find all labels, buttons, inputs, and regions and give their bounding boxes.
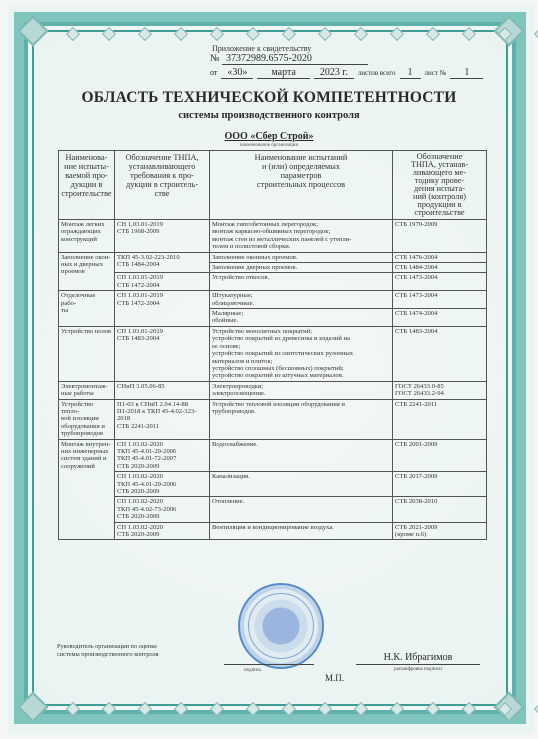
cell-tnpa: П1-03 к СНиП 2.04.14-88 П1-2018 к ТКП 45…: [115, 399, 210, 439]
table-row: СП 1.03.02-2020 ТКП 45-4.02-73-2006 СТБ …: [59, 497, 487, 522]
cell-tnpa: СП 1.03.02-2020 СТБ 2020-2009: [115, 522, 210, 540]
cell-tnpa: СП 1.03.02-2020 ТКП 45-4.01-29-2006 ТКП …: [115, 439, 210, 472]
sheet-no: 1: [450, 67, 483, 79]
signature-line: [224, 664, 314, 665]
issue-date-line: от «30» марта 2023 г. листов всего 1 лис…: [210, 67, 483, 79]
cell-method: СТБ 1483-2004: [393, 326, 487, 381]
date-month: марта: [257, 67, 310, 79]
cell-tests: Монтаж гипсобетонных перегородок; монтаж…: [210, 220, 393, 253]
cell-method: СТБ 2021-2009 (кроме п.6): [393, 522, 487, 540]
cell-product: Устройство тепло- вой изоляции оборудова…: [59, 399, 115, 439]
date-year: 2023 г.: [314, 67, 354, 79]
table-row: Монтаж легких ограждающих конструкций СН…: [59, 220, 487, 253]
table-row: Устройство полов СП 1.03.01-2019 СТБ 148…: [59, 326, 487, 381]
cell-tnpa: СП 1.03.02-2020 ТКП 45-4.01-29-2006 СТБ …: [115, 472, 210, 497]
appendix-label: Приложение к свидетельству: [212, 44, 311, 53]
name-line: [356, 664, 480, 665]
cell-product: Заполнение окон- ных и дверных проемов: [59, 252, 115, 291]
organization-name: ООО «Сбер Строй»: [0, 131, 538, 142]
signature-caption: подпись: [244, 668, 261, 673]
table-row: Монтаж внутрен- них инженерных систем зд…: [59, 439, 487, 472]
cell-tests: Устройство тепловой изоляции оборудовани…: [210, 399, 393, 439]
table-row: Устройство тепло- вой изоляции оборудова…: [59, 399, 487, 439]
cell-method: СТБ 1473-2004: [393, 291, 487, 309]
cell-tnpa: СП 1.03.01-2019 СТБ 1472-2004: [115, 291, 210, 327]
cell-method: СТБ 2241-2011: [393, 399, 487, 439]
header-tnpa: Обозначение ТНПА, устанавливающего требо…: [115, 151, 210, 220]
name-caption: расшифровка подписи: [356, 667, 480, 672]
cell-product: Отделочные рабо- ты: [59, 291, 115, 327]
cell-method: СТБ 2038-2010: [393, 497, 487, 522]
document-content: Приложение к свидетельству № 37372989.65…: [0, 0, 538, 739]
cell-tests: Заполнение дверных проемов.: [210, 263, 393, 273]
table-row: Отделочные рабо- ты СП 1.03.01-2019 СТБ …: [59, 291, 487, 309]
cell-tnpa: СП 1.03.01-2019 СТБ 1483-2004: [115, 326, 210, 381]
signer-role: Руководитель организации по оценке систе…: [57, 643, 159, 659]
organization-caption: наименование организации: [0, 143, 538, 148]
signer-name: Н.К. Ибрагимов: [356, 652, 480, 663]
cell-method: СТБ 2001-2009: [393, 439, 487, 472]
sheet-no-label: лист №: [425, 69, 447, 77]
table-row: СП 1.03.02-2020 СТБ 2020-2009 Вентиляция…: [59, 522, 487, 540]
table-row: Заполнение окон- ных и дверных проемов Т…: [59, 252, 487, 262]
cell-tests: Отопление.: [210, 497, 393, 522]
cell-tnpa: СП 1.03.01-2019 СТБ 1472-2004: [115, 273, 210, 291]
cell-tests: Канализация.: [210, 472, 393, 497]
cell-tests: Электропроводки; электроосвещение.: [210, 381, 393, 399]
page-title: ОБЛАСТЬ ТЕХНИЧЕСКОЙ КОМПЕТЕНТНОСТИ: [0, 89, 538, 108]
official-seal-icon: [238, 583, 324, 669]
number-value: 37372989.6575-2020: [222, 53, 368, 65]
header-tests: Наименование испытаний и (или) определяе…: [210, 151, 393, 220]
cell-product: Устройство полов: [59, 326, 115, 381]
date-prefix: от: [210, 68, 217, 77]
sheets-total-label: листов всего: [358, 69, 396, 77]
cell-tnpa: СН 1.03.01-2019 СТБ 1968-2009: [115, 220, 210, 253]
cell-tnpa: СП 1.03.02-2020 ТКП 45-4.02-73-2006 СТБ …: [115, 497, 210, 522]
cell-method: СТБ 1484-2004: [393, 263, 487, 273]
certificate-number: № 37372989.6575-2020: [210, 53, 368, 64]
cell-method: ГОСТ 26433.0-85 ГОСТ 26433.2-94: [393, 381, 487, 399]
table-row: Электромонтаж- ные работы СНиП 3.05.06-8…: [59, 381, 487, 399]
header-method: Обозначение ТНПА, устанав- ливающего ме-…: [393, 151, 487, 220]
cell-product: Монтаж внутрен- них инженерных систем зд…: [59, 439, 115, 540]
cell-tnpa: СНиП 3.05.06-85: [115, 381, 210, 399]
stamp-label: М.П.: [325, 673, 344, 683]
table-header-row: Наименова- ние испыты- ваемой про- дукци…: [59, 151, 487, 220]
cell-tests: Заполнение оконных проемов.: [210, 252, 393, 262]
cell-product: Монтаж легких ограждающих конструкций: [59, 220, 115, 253]
header-product: Наименова- ние испыты- ваемой про- дукци…: [59, 151, 115, 220]
cell-method: СТБ 2017-2009: [393, 472, 487, 497]
cell-product: Электромонтаж- ные работы: [59, 381, 115, 399]
cell-method: СТБ 1476-2004: [393, 252, 487, 262]
cell-method: СТБ 1473-2004: [393, 273, 487, 291]
number-prefix: №: [210, 53, 220, 64]
cell-tests: Малярные; обойные.: [210, 309, 393, 327]
cell-tests: Устройство откосов.: [210, 273, 393, 291]
cell-tnpa: ТКП 45-3.02-223-2010 СТБ 1484-2004: [115, 252, 210, 273]
cell-tests: Штукатурные; облицовочные.: [210, 291, 393, 309]
competence-scope-table: Наименова- ние испыты- ваемой про- дукци…: [58, 150, 487, 540]
cell-method: СТБ 1970-2009: [393, 220, 487, 253]
date-day: «30»: [221, 67, 253, 79]
cell-tests: Устройство монолитных покрытий; устройст…: [210, 326, 393, 381]
cell-method: СТБ 1474-2004: [393, 309, 487, 327]
table-row: СП 1.03.02-2020 ТКП 45-4.01-29-2006 СТБ …: [59, 472, 487, 497]
table-row: СП 1.03.01-2019 СТБ 1472-2004 Устройство…: [59, 273, 487, 291]
cell-tests: Водоснабжение.: [210, 439, 393, 472]
cell-tests: Вентиляция и кондиционирование воздуха.: [210, 522, 393, 540]
sheets-total: 1: [400, 67, 421, 79]
page-subtitle: системы производственного контроля: [0, 110, 538, 121]
